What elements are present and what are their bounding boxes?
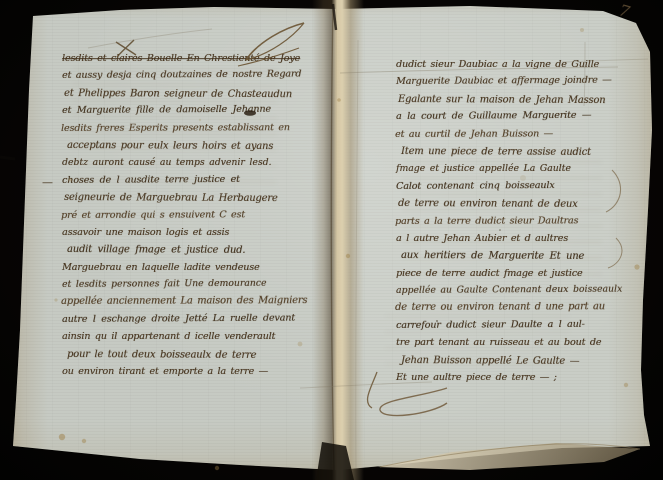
flap-ridge-line (380, 444, 640, 467)
gutter-top-notch (333, 4, 336, 30)
edge-tick (0, 157, 15, 159)
manuscript-photo: lesdits et claires Bouelle En Chrestient… (0, 0, 663, 480)
foxing-spots (54, 28, 639, 470)
gutter-crevice-line (331, 6, 334, 470)
gutter-bottom-wedge (316, 442, 354, 480)
line-end-flourishes (606, 170, 622, 268)
leaf-flourish-mark (238, 23, 304, 66)
pen-marks-overlay (0, 0, 663, 480)
ink-blot-mark (244, 110, 256, 116)
loop-flourish-mark (368, 372, 447, 416)
